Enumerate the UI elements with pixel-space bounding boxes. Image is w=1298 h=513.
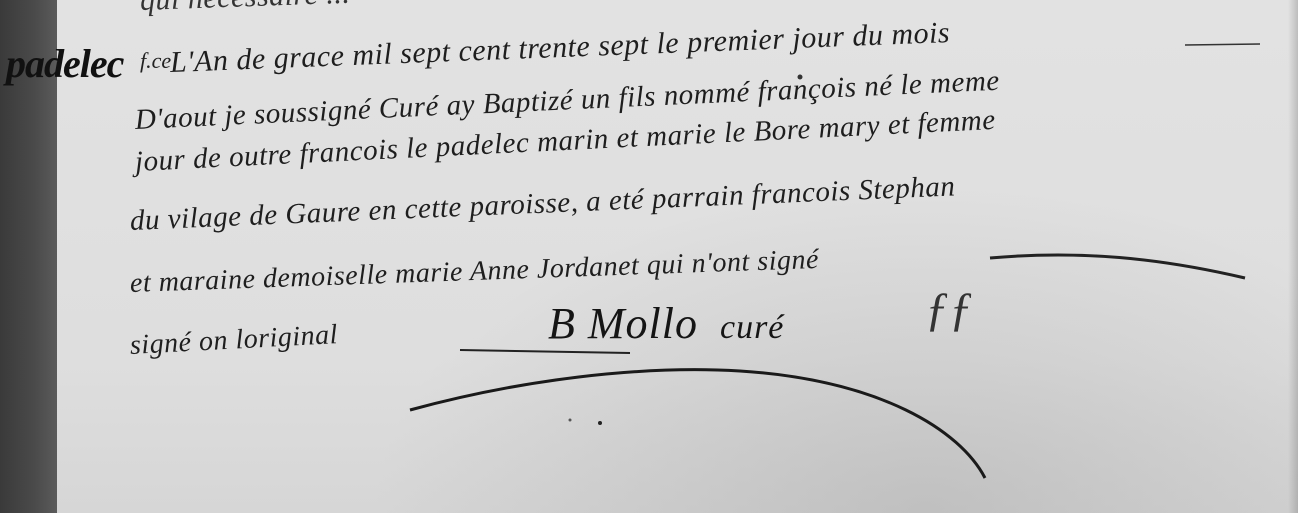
page-edge-shadow [1288, 0, 1298, 513]
signature-name: B Mollo [548, 299, 698, 348]
margin-note-name: padelec [6, 40, 123, 87]
signature-paraph-mark: ƒƒ [925, 282, 973, 337]
priest-signature: B Mollo curé [548, 298, 784, 349]
margin-note-abbreviation: f.ce [140, 48, 171, 74]
signature-title: curé [720, 309, 784, 346]
